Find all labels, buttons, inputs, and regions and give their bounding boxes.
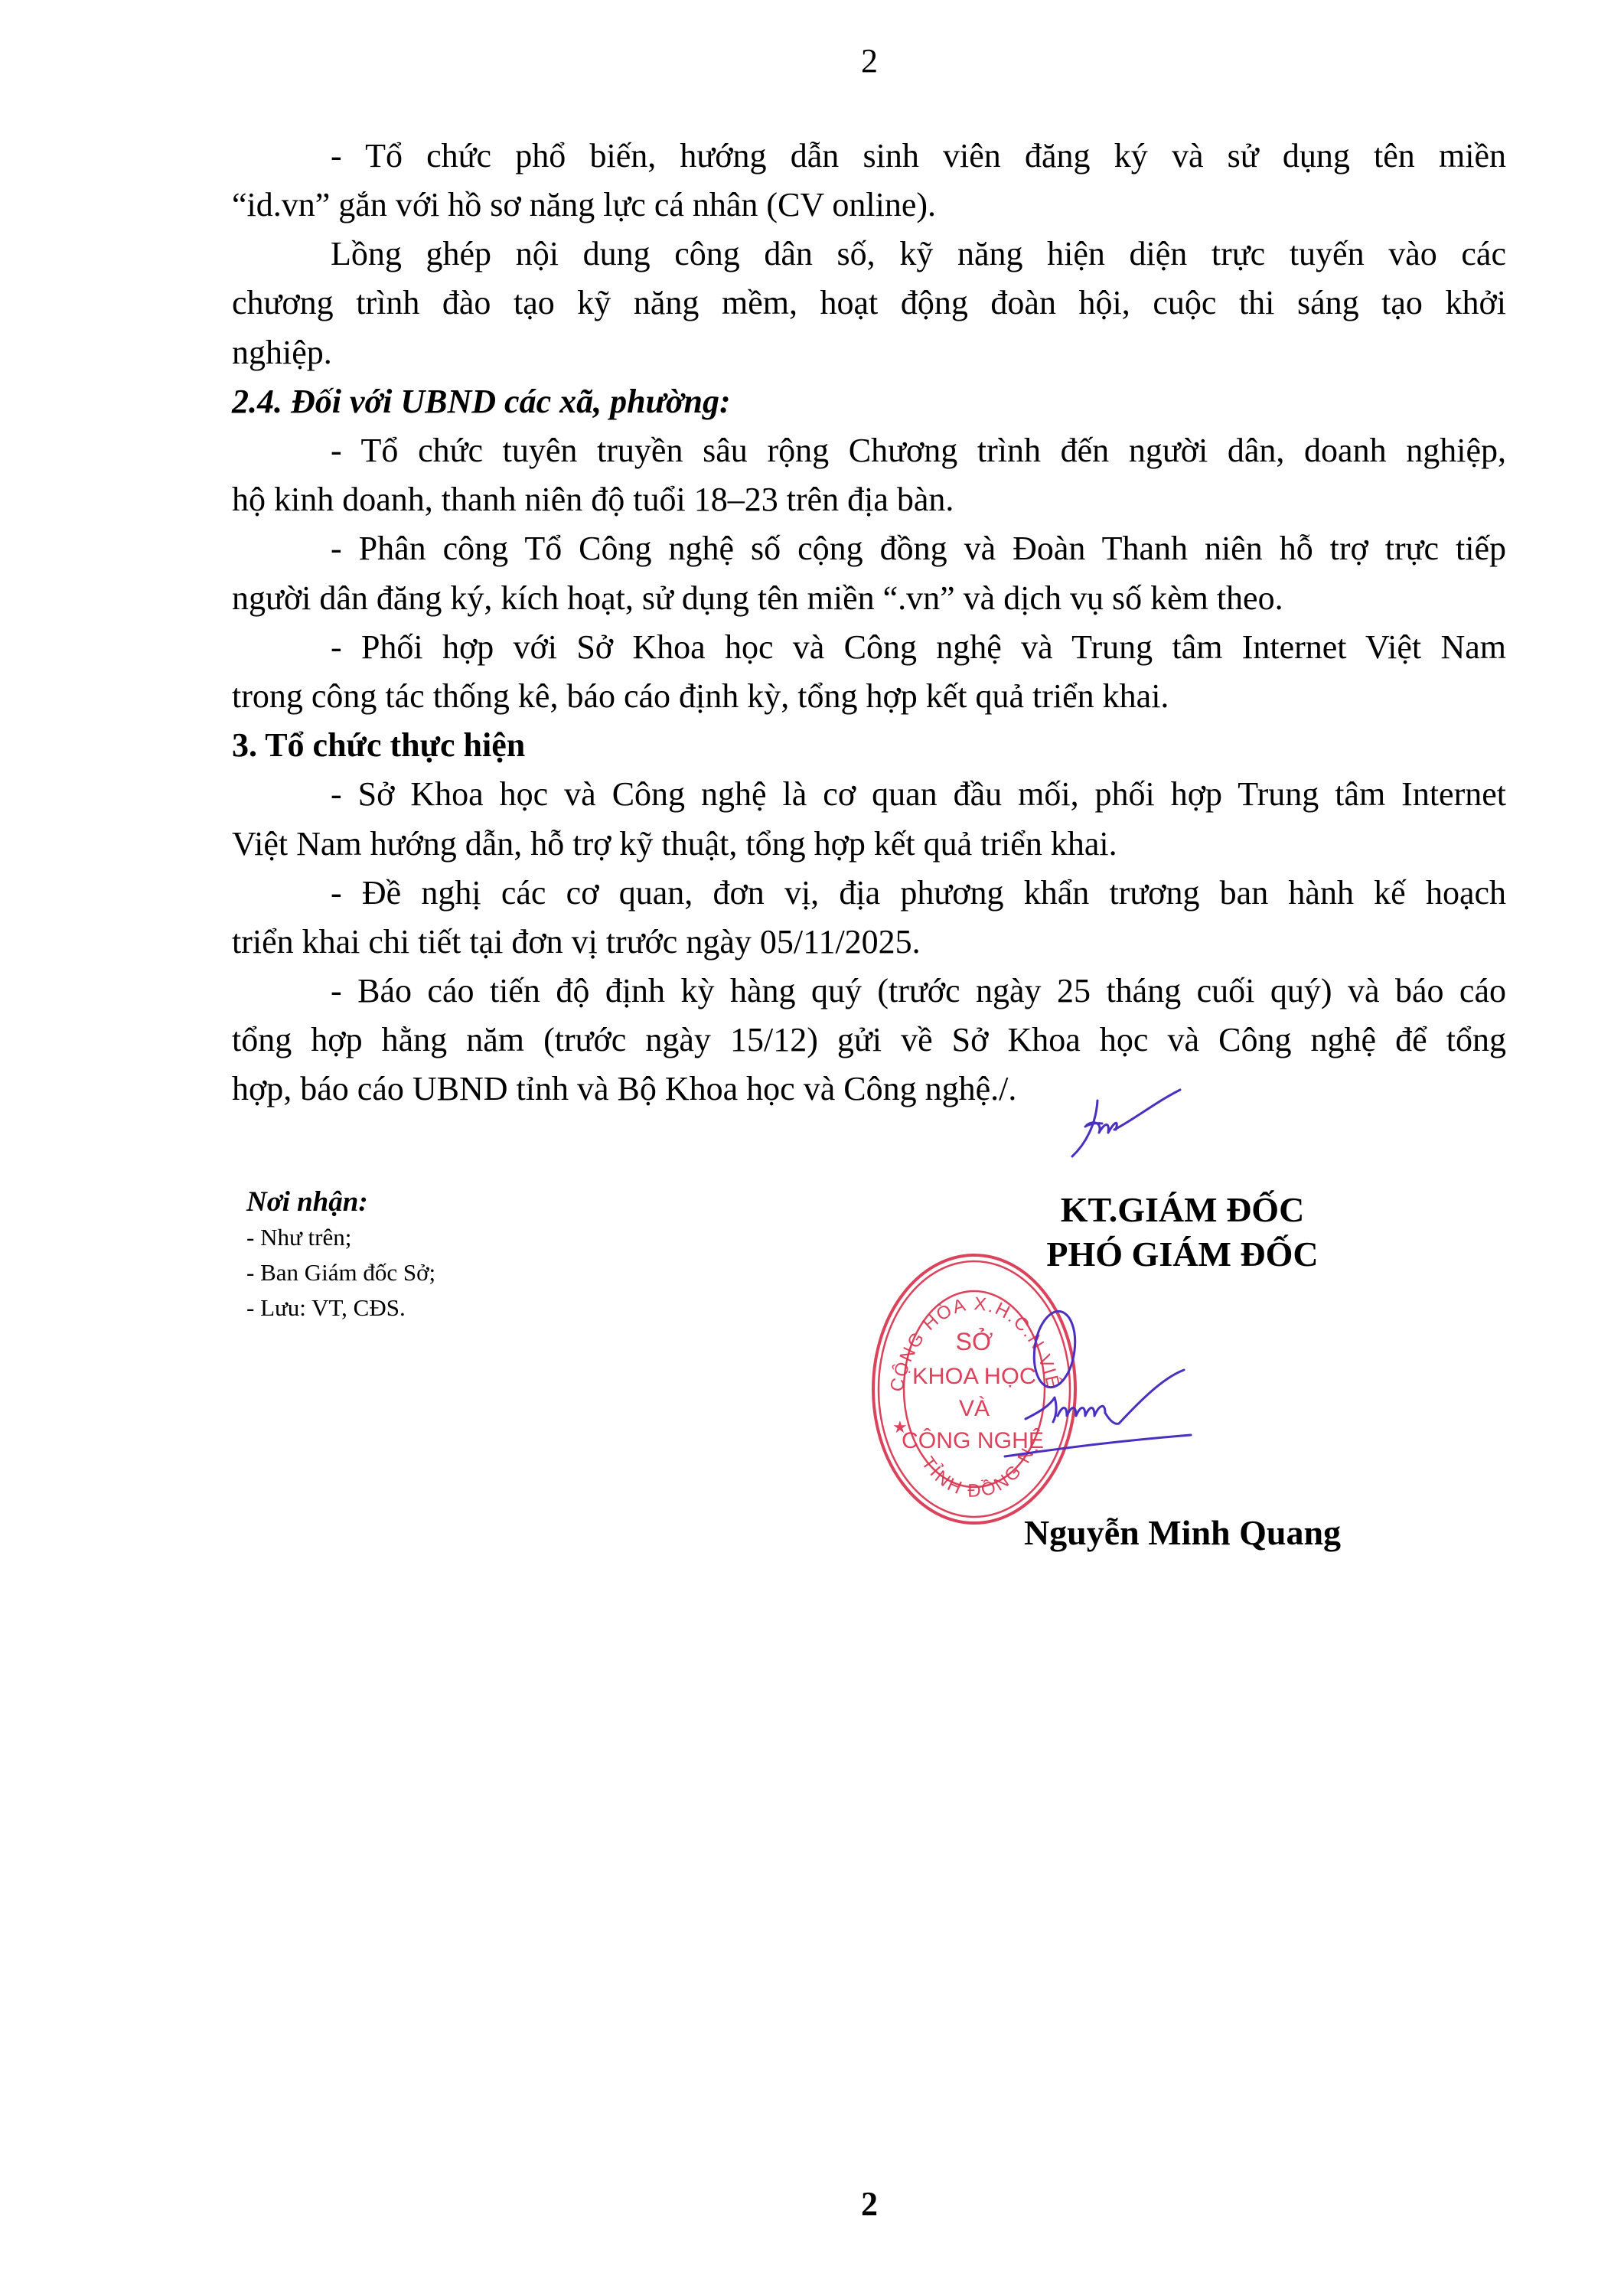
paragraph-line: Lồng ghép nội dung công dân số, kỹ năng … (331, 231, 1506, 277)
svg-text:KHOA HỌC: KHOA HỌC (912, 1364, 1036, 1389)
recipient-item: - Ban Giám đốc Sở; (246, 1255, 435, 1290)
paragraph-line: “id.vn” gắn với hồ sơ năng lực cá nhân (… (232, 182, 1506, 228)
signer-name: Nguyễn Minh Quang (953, 1512, 1412, 1554)
svg-text:CÔNG NGHỆ: CÔNG NGHỆ (902, 1427, 1044, 1453)
page-number-top: 2 (0, 40, 1624, 83)
paragraph-line: - Sở Khoa học và Công nghệ là cơ quan đầ… (331, 771, 1506, 817)
paragraph-line: hộ kinh doanh, thanh niên độ tuổi 18–23 … (232, 477, 1506, 523)
paragraph-line: - Đề nghị các cơ quan, đơn vị, địa phươn… (331, 870, 1506, 916)
recipient-item: - Như trên; (246, 1220, 435, 1255)
section-heading-3: 3. Tổ chức thực hiện (232, 722, 1506, 768)
paragraph-line: triển khai chi tiết tại đơn vị trước ngà… (232, 919, 1506, 965)
recipients-block: Nơi nhận: - Như trên; - Ban Giám đốc Sở;… (246, 1185, 435, 1326)
svg-text:SỞ: SỞ (956, 1328, 993, 1355)
official-stamp-icon: CỘNG HÒA X.H.C.N VIỆT NAM TỈNH ĐỒNG NAI … (871, 1252, 1078, 1526)
signer-title-line1: KT.GIÁM ĐỐC (953, 1188, 1412, 1232)
recipient-item: - Lưu: VT, CĐS. (246, 1290, 435, 1326)
paragraph-line: - Tổ chức phổ biến, hướng dẫn sinh viên … (331, 133, 1506, 179)
section-heading-2-4: 2.4. Đối với UBND các xã, phường: (232, 379, 1506, 425)
page-number-bottom: 2 (0, 2183, 1624, 2226)
paragraph-line: tổng hợp hằng năm (trước ngày 15/12) gửi… (232, 1017, 1506, 1063)
recipients-title: Nơi nhận: (246, 1185, 435, 1220)
paragraph-line: nghiệp. (232, 330, 1506, 376)
paragraph-line: - Báo cáo tiến độ định kỳ hàng quý (trướ… (331, 968, 1506, 1014)
paragraph-line: Việt Nam hướng dẫn, hỗ trợ kỹ thuật, tổn… (232, 821, 1506, 867)
paragraph-line: chương trình đào tạo kỹ năng mềm, hoạt đ… (232, 280, 1506, 326)
paragraph-line: - Phối hợp với Sở Khoa học và Công nghệ … (331, 625, 1506, 670)
paragraph-line: - Tổ chức tuyên truyền sâu rộng Chương t… (331, 428, 1506, 474)
paragraph-line: - Phân công Tổ Công nghệ số cộng đồng và… (331, 526, 1506, 572)
svg-text:VÀ: VÀ (959, 1396, 990, 1421)
paragraph-line: hợp, báo cáo UBND tỉnh và Bộ Khoa học và… (232, 1066, 1506, 1112)
paragraph-line: người dân đăng ký, kích hoạt, sử dụng tê… (232, 576, 1506, 621)
paragraph-line: trong công tác thống kê, báo cáo định kỳ… (232, 673, 1506, 719)
